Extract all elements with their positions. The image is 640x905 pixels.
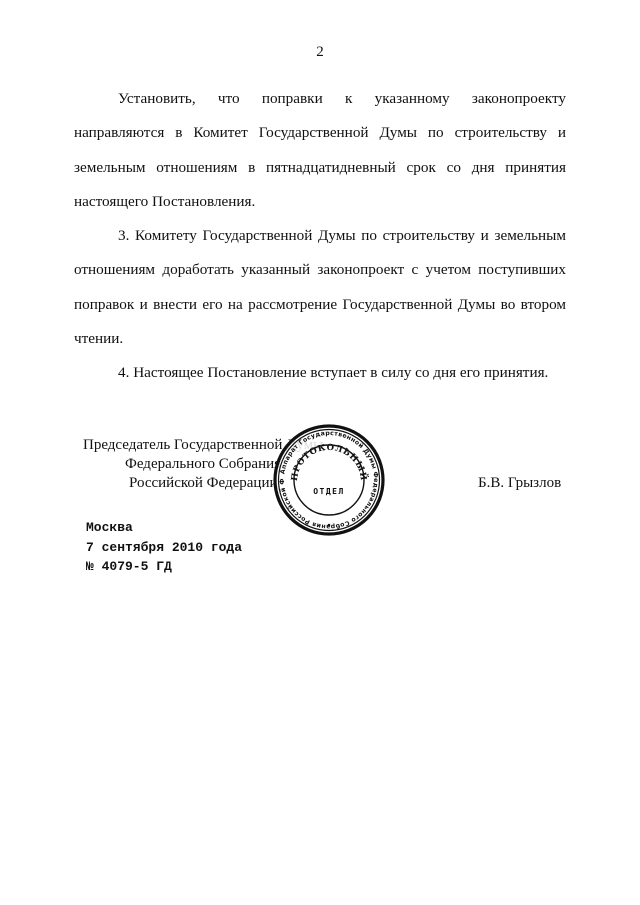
signatory-title-line-1: Председатель Государственной Думы bbox=[83, 436, 303, 455]
meta-number: № 4079-5 ГД bbox=[86, 557, 242, 577]
paragraph-item-3: 3. Комитету Государственной Думы по стро… bbox=[74, 219, 566, 356]
page-number: 2 bbox=[0, 44, 640, 61]
signatory-name: Б.В. Грызлов bbox=[478, 474, 561, 493]
document-body: Установить, что поправки к указанному за… bbox=[74, 82, 566, 391]
signatory-title: Председатель Государственной Думы Федера… bbox=[83, 436, 303, 493]
paragraph-establish: Установить, что поправки к указанному за… bbox=[74, 82, 566, 219]
meta-date: 7 сентября 2010 года bbox=[86, 538, 242, 558]
official-stamp-icon: Аппарат Государственной Думы Федеральног… bbox=[273, 424, 385, 536]
paragraph-item-4: 4. Настоящее Постановление вступает в си… bbox=[74, 356, 566, 390]
document-meta: Москва 7 сентября 2010 года № 4079-5 ГД bbox=[86, 518, 242, 577]
meta-city: Москва bbox=[86, 518, 242, 538]
stamp-inner-bottom-text: ОТДЕЛ bbox=[313, 487, 345, 496]
